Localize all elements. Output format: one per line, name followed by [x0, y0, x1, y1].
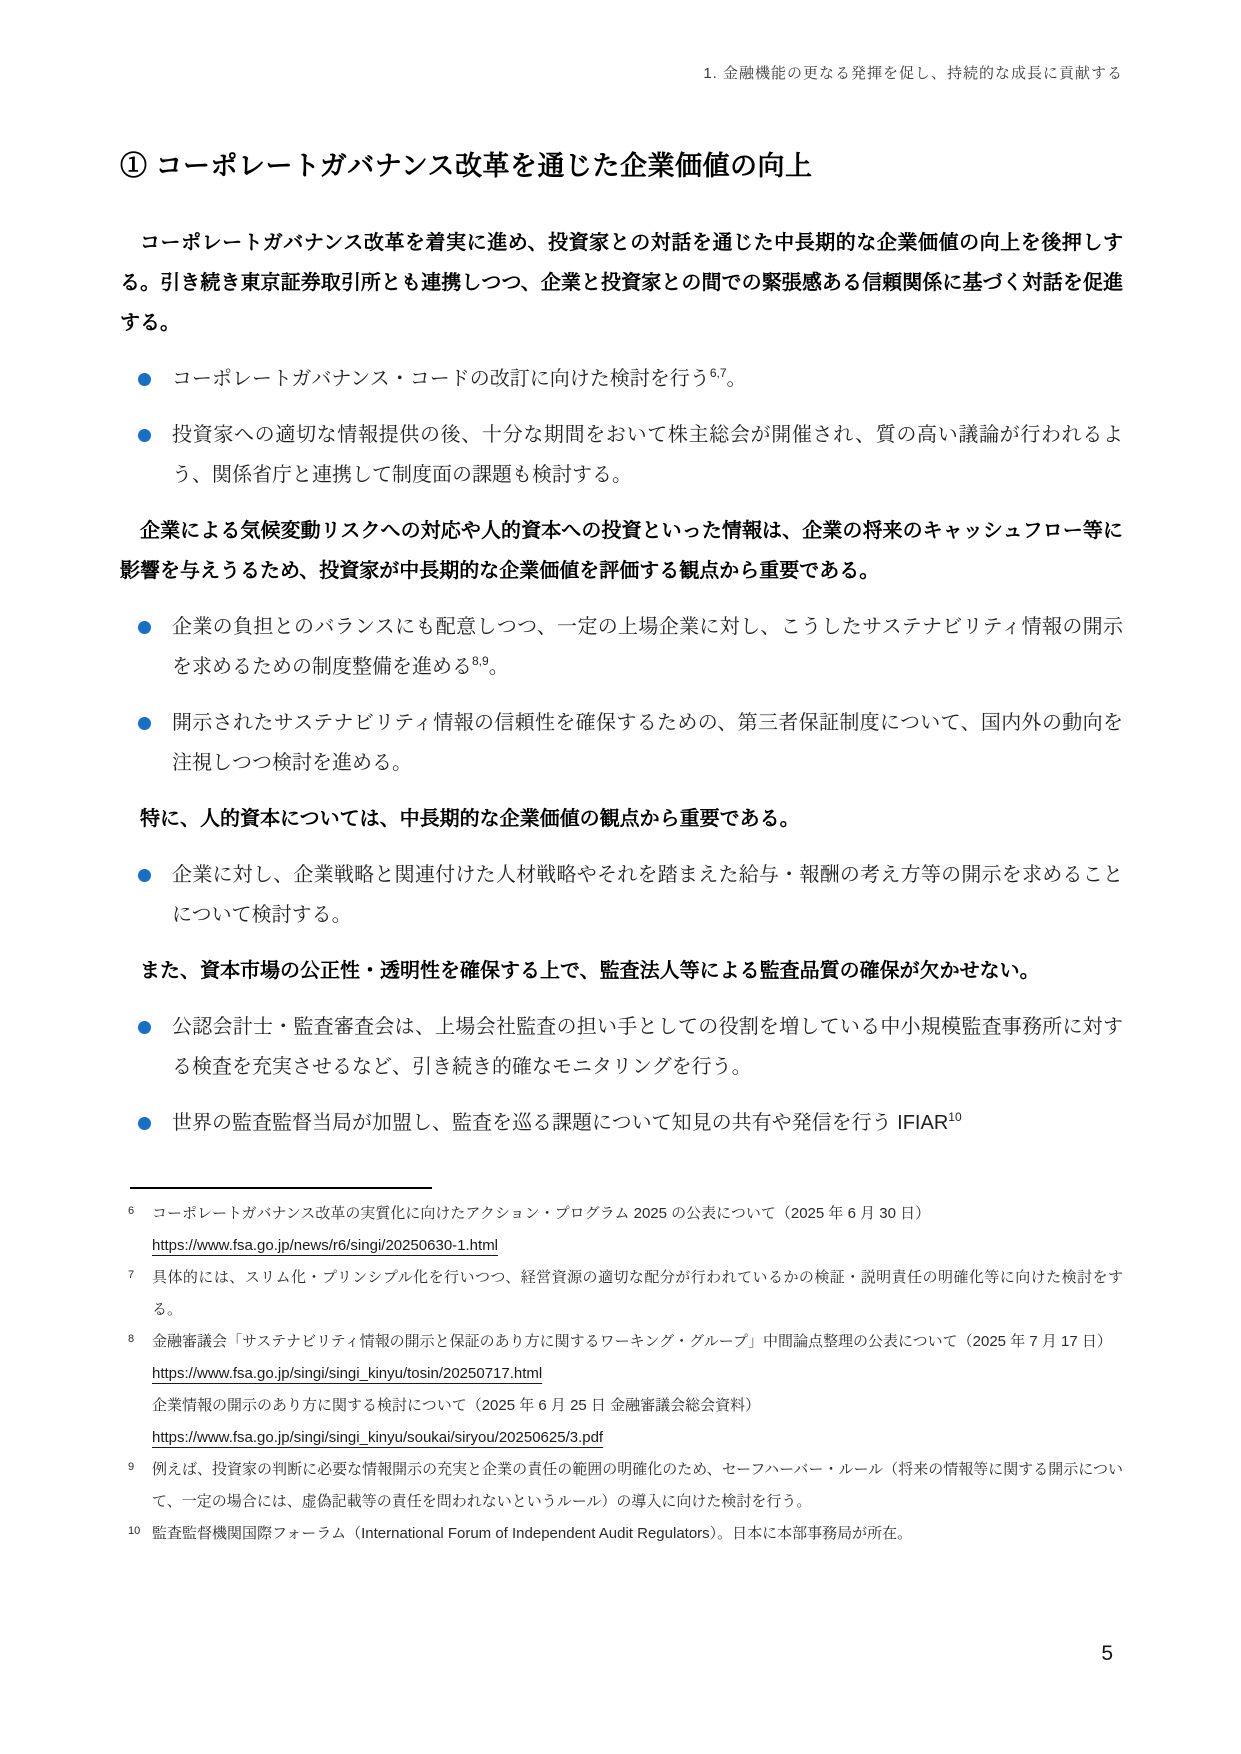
paragraph-intro: コーポレートガバナンス改革を着実に進め、投資家との対話を通じた中長期的な企業価値…	[120, 223, 1123, 343]
footnote-separator	[130, 1187, 432, 1189]
list-item: 投資家への適切な情報提供の後、十分な期間をおいて株主総会が開催され、質の高い議論…	[120, 415, 1123, 495]
list-item-tail: 。	[489, 656, 509, 678]
document-page: 1. 金融機能の更なる発揮を促し、持続的な成長に貢献する ① コーポレートガバナ…	[0, 0, 1241, 1754]
footnote-link[interactable]: https://www.fsa.go.jp/singi/singi_kinyu/…	[152, 1422, 603, 1454]
footnote-text: 例えば、投資家の判断に必要な情報開示の充実と企業の責任の範囲の明確化のため、セー…	[152, 1461, 1123, 1510]
list-item-text: 企業の負担とのバランスにも配意しつつ、一定の上場企業に対し、こうしたサステナビリ…	[172, 616, 1123, 678]
footnote-9: 9 例えば、投資家の判断に必要な情報開示の充実と企業の責任の範囲の明確化のため、…	[120, 1454, 1123, 1518]
footnote-text: コーポレートガバナンス改革の実質化に向けたアクション・プログラム 2025 の公…	[152, 1205, 930, 1222]
list-item: 開示されたサステナビリティ情報の信頼性を確保するための、第三者保証制度について、…	[120, 703, 1123, 783]
footnote-7: 7 具体的には、スリム化・プリンシプル化を行いつつ、経営資源の適切な配分が行われ…	[120, 1262, 1123, 1326]
bullet-icon	[138, 717, 151, 730]
footnote-10: 10 監査監督機関国際フォーラム（International Forum of …	[120, 1518, 1123, 1550]
footnote-ref: 6,7	[710, 366, 727, 380]
footnote-number: 7	[128, 1262, 134, 1288]
bullet-icon	[138, 869, 151, 882]
list-item-text: 開示されたサステナビリティ情報の信頼性を確保するための、第三者保証制度について、…	[172, 712, 1123, 774]
footnote-number: 10	[128, 1518, 140, 1544]
paragraph-audit-quality: また、資本市場の公正性・透明性を確保する上で、監査法人等による監査品質の確保が欠…	[120, 951, 1123, 991]
footnote-ref: 8,9	[472, 654, 489, 668]
page-header: 1. 金融機能の更なる発揮を促し、持続的な成長に貢献する	[120, 64, 1123, 84]
list-item: 世界の監査監督当局が加盟し、監査を巡る課題について知見の共有や発信を行う IFI…	[120, 1103, 1123, 1143]
footnote-8: 8 金融審議会「サステナビリティ情報の開示と保証のあり方に関するワーキング・グル…	[120, 1326, 1123, 1454]
list-item-text: コーポレートガバナンス・コードの改訂に向けた検討を行う	[172, 368, 710, 390]
body-text: コーポレートガバナンス改革を着実に進め、投資家との対話を通じた中長期的な企業価値…	[120, 223, 1123, 1143]
list-item-text: 投資家への適切な情報提供の後、十分な期間をおいて株主総会が開催され、質の高い議論…	[172, 424, 1123, 486]
list-item-text: 企業に対し、企業戦略と関連付けた人材戦略やそれを踏まえた給与・報酬の考え方等の開…	[172, 864, 1123, 926]
paragraph-sustainability: 企業による気候変動リスクへの対応や人的資本への投資といった情報は、企業の将来のキ…	[120, 511, 1123, 591]
list-item-text: 公認会計士・監査審査会は、上場会社監査の担い手としての役割を増している中小規模監…	[172, 1016, 1123, 1078]
footnote-text: 企業情報の開示のあり方に関する検討について（2025 年 6 月 25 日 金融…	[152, 1397, 760, 1414]
footnote-text: 監査監督機関国際フォーラム（International Forum of Ind…	[152, 1525, 912, 1542]
list-item: コーポレートガバナンス・コードの改訂に向けた検討を行う6,7。	[120, 359, 1123, 399]
list-item-text: 世界の監査監督当局が加盟し、監査を巡る課題について知見の共有や発信を行う IFI…	[172, 1112, 948, 1134]
list-item: 企業に対し、企業戦略と関連付けた人材戦略やそれを踏まえた給与・報酬の考え方等の開…	[120, 855, 1123, 935]
list-item: 公認会計士・監査審査会は、上場会社監査の担い手としての役割を増している中小規模監…	[120, 1007, 1123, 1087]
footnote-text: 具体的には、スリム化・プリンシプル化を行いつつ、経営資源の適切な配分が行われてい…	[152, 1269, 1123, 1318]
footnote-number: 6	[128, 1198, 134, 1224]
bullet-icon	[138, 373, 151, 386]
paragraph-human-capital: 特に、人的資本については、中長期的な企業価値の観点から重要である。	[120, 799, 1123, 839]
footnote-ref: 10	[948, 1110, 961, 1124]
bullet-icon	[138, 621, 151, 634]
list-item-tail: 。	[727, 368, 747, 390]
footnote-text: 金融審議会「サステナビリティ情報の開示と保証のあり方に関するワーキング・グループ…	[152, 1333, 1112, 1350]
bullet-icon	[138, 1021, 151, 1034]
page-number: 5	[1101, 1642, 1113, 1666]
footnote-link[interactable]: https://www.fsa.go.jp/singi/singi_kinyu/…	[152, 1358, 542, 1390]
footnote-number: 8	[128, 1326, 134, 1352]
footnotes: 6 コーポレートガバナンス改革の実質化に向けたアクション・プログラム 2025 …	[120, 1198, 1123, 1550]
bullet-icon	[138, 429, 151, 442]
bullet-icon	[138, 1117, 151, 1130]
list-item: 企業の負担とのバランスにも配意しつつ、一定の上場企業に対し、こうしたサステナビリ…	[120, 607, 1123, 687]
footnote-link[interactable]: https://www.fsa.go.jp/news/r6/singi/2025…	[152, 1230, 498, 1262]
section-title: ① コーポレートガバナンス改革を通じた企業価値の向上	[120, 144, 1123, 183]
footnote-number: 9	[128, 1454, 134, 1480]
footnote-6: 6 コーポレートガバナンス改革の実質化に向けたアクション・プログラム 2025 …	[120, 1198, 1123, 1262]
